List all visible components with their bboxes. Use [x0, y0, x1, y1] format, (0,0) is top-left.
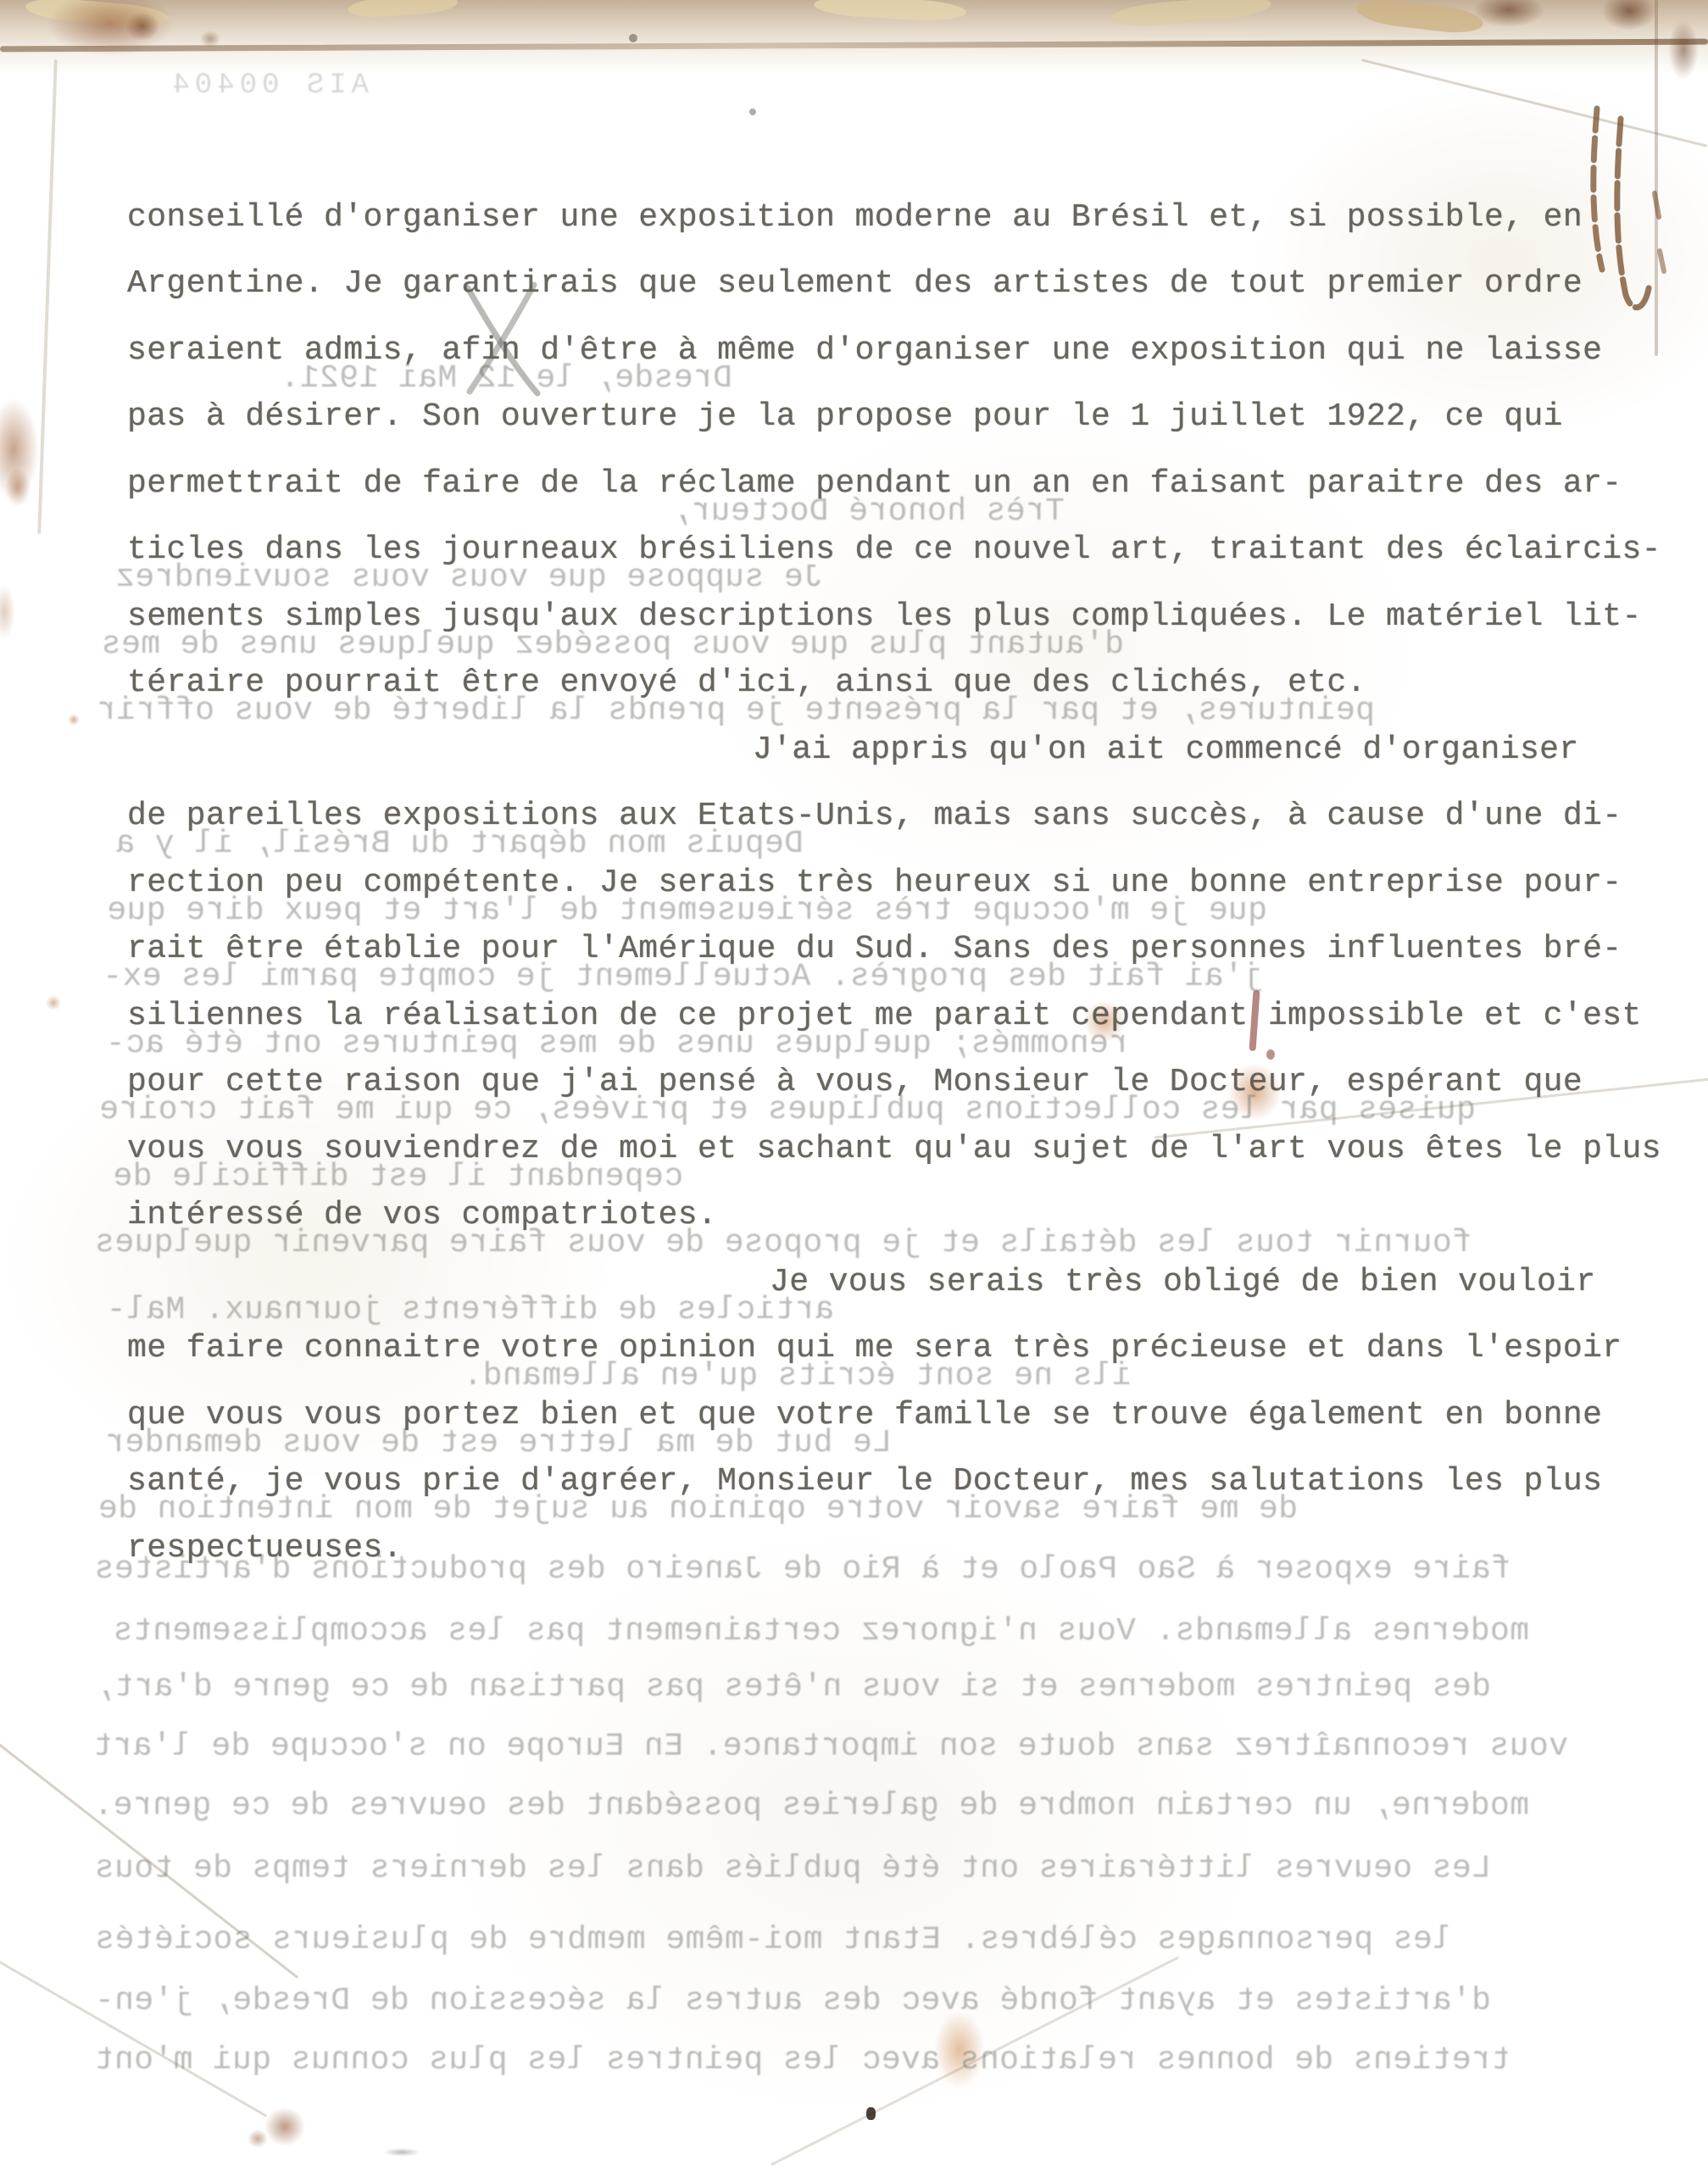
typewritten-line: vous vous souviendrez de moi et sachant …	[127, 1133, 1661, 1166]
typewritten-line: téraire pourrait être envoyé d'ici, ains…	[127, 667, 1366, 699]
typewritten-line: sements simples jusqu'aux descriptions l…	[127, 601, 1642, 633]
typewritten-line: me faire connaitre votre opinion qui me …	[127, 1333, 1622, 1365]
typewritten-line: Argentine. Je garantirais que seulement …	[127, 268, 1583, 300]
typewritten-line: permettrait de faire de la réclame penda…	[127, 468, 1622, 500]
typewritten-text-layer: conseillé d'organiser une exposition mod…	[0, 0, 1708, 2170]
typewritten-line: intéressé de vos compatriotes.	[127, 1199, 717, 1232]
typewritten-line: que vous vous portez bien et que votre f…	[127, 1399, 1602, 1432]
typewritten-line: pour cette raison que j'ai pensé à vous,…	[127, 1066, 1583, 1099]
typewritten-line: pas à désirer. Son ouverture je la propo…	[127, 401, 1563, 433]
typewritten-line: siliennes la réalisation de ce projet me…	[127, 1000, 1642, 1032]
typewritten-line: Je vous serais très obligé de bien voulo…	[770, 1266, 1596, 1299]
typewritten-line: ticles dans les journeaux brésiliens de …	[127, 534, 1661, 566]
typewritten-line: conseillé d'organiser une exposition mod…	[127, 202, 1583, 234]
typewritten-line: respectueuses.	[127, 1533, 403, 1565]
typewritten-line: rait être établie pour l'Amérique du Sud…	[127, 933, 1622, 965]
typewritten-line: santé, je vous prie d'agréer, Monsieur l…	[127, 1466, 1602, 1498]
letter-page: AIS 00404Dresde, le 12 Mai 1921.Très hon…	[0, 0, 1708, 2170]
typewritten-line: J'ai appris qu'on ait commencé d'organis…	[753, 734, 1579, 766]
typewritten-line: rection peu compétente. Je serais très h…	[127, 867, 1622, 899]
typewritten-line: de pareilles expositions aux Etats-Unis,…	[127, 800, 1622, 832]
typewritten-line: seraient admis, afin d'être à même d'org…	[127, 335, 1602, 367]
